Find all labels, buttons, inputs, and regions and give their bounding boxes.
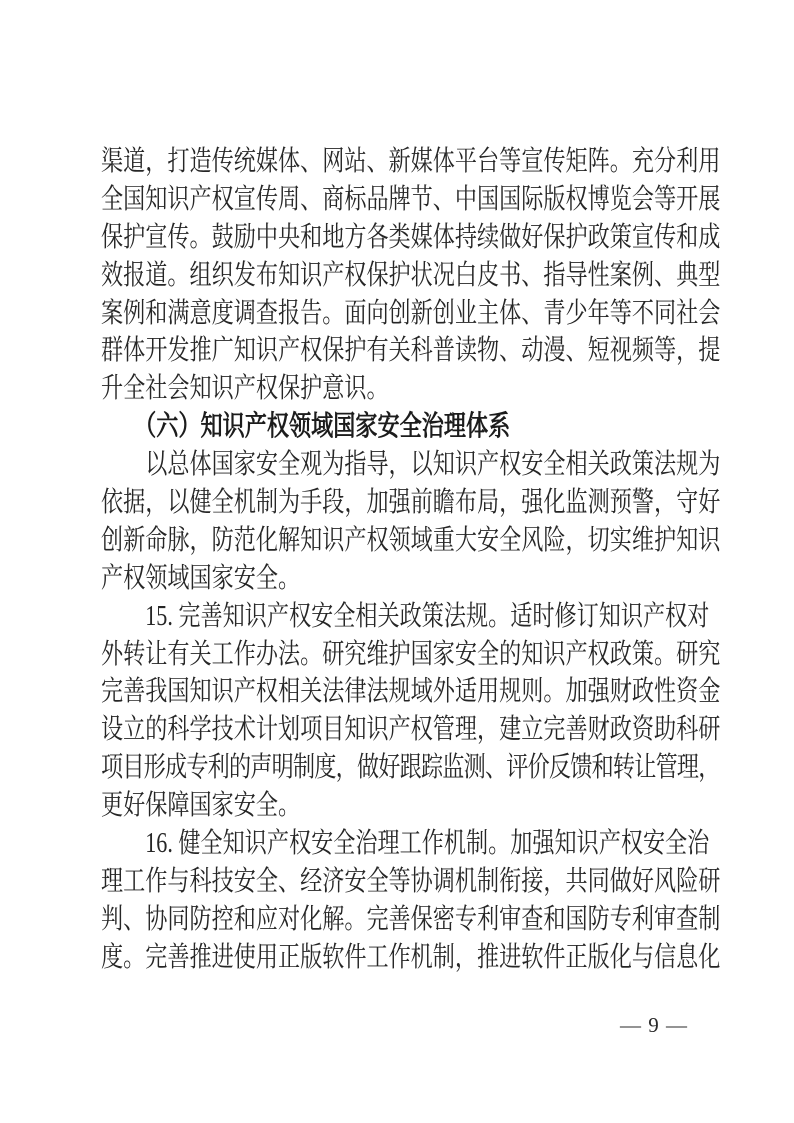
text-line: 产权领域国家安全。 [101, 560, 720, 598]
text-line: 外转让有关工作办法。研究维护国家安全的知识产权政策。研究 [101, 636, 720, 674]
text-line: 16. 健全知识产权安全治理工作机制。加强知识产权安全治 [101, 825, 720, 863]
text-line: 案例和满意度调查报告。面向创新创业主体、青少年等不同社会 [101, 295, 720, 333]
text-line: 群体开发推广知识产权保护有关科普读物、动漫、短视频等，提 [101, 332, 720, 370]
section-heading: （六）知识产权领域国家安全治理体系 [101, 408, 720, 446]
text-line: 以总体国家安全观为指导，以知识产权安全相关政策法规为 [101, 446, 720, 484]
text-line: 效报道。组织发布知识产权保护状况白皮书、指导性案例、典型 [101, 257, 720, 295]
text-line: 升全社会知识产权保护意识。 [101, 370, 720, 408]
text-line: 度。完善推进使用正版软件工作机制，推进软件正版化与信息化 [101, 939, 720, 977]
text-line: 保护宣传。鼓励中央和地方各类媒体持续做好保护政策宣传和成 [101, 219, 720, 257]
text-line: 依据，以健全机制为手段，加强前瞻布局，强化监测预警，守好 [101, 484, 720, 522]
text-line: 设立的科学技术计划项目知识产权管理，建立完善财政资助科研 [101, 711, 720, 749]
text-line: 完善我国知识产权相关法律法规域外适用规则。加强财政性资金 [101, 673, 720, 711]
text-line: 创新命脉，防范化解知识产权领域重大安全风险，切实维护知识 [101, 522, 720, 560]
text-line: 更好保障国家安全。 [101, 787, 720, 825]
page-number: — 9 — [620, 1012, 688, 1038]
text-line: 项目形成专利的声明制度，做好跟踪监测、评价反馈和转让管理， [101, 749, 720, 787]
document-page: 渠道，打造传统媒体、网站、新媒体平台等宣传矩阵。充分利用全国知识产权宣传周、商标… [0, 0, 794, 1123]
text-line: 渠道，打造传统媒体、网站、新媒体平台等宣传矩阵。充分利用 [101, 143, 720, 181]
text-line: 判、协同防控和应对化解。完善保密专利审查和国防专利审查制 [101, 901, 720, 939]
text-line: 15. 完善知识产权安全相关政策法规。适时修订知识产权对 [101, 598, 720, 636]
text-line: 全国知识产权宣传周、商标品牌节、中国国际版权博览会等开展 [101, 181, 720, 219]
text-line: 理工作与科技安全、经济安全等协调机制衔接，共同做好风险研 [101, 863, 720, 901]
text-block: 渠道，打造传统媒体、网站、新媒体平台等宣传矩阵。充分利用全国知识产权宣传周、商标… [101, 143, 720, 977]
